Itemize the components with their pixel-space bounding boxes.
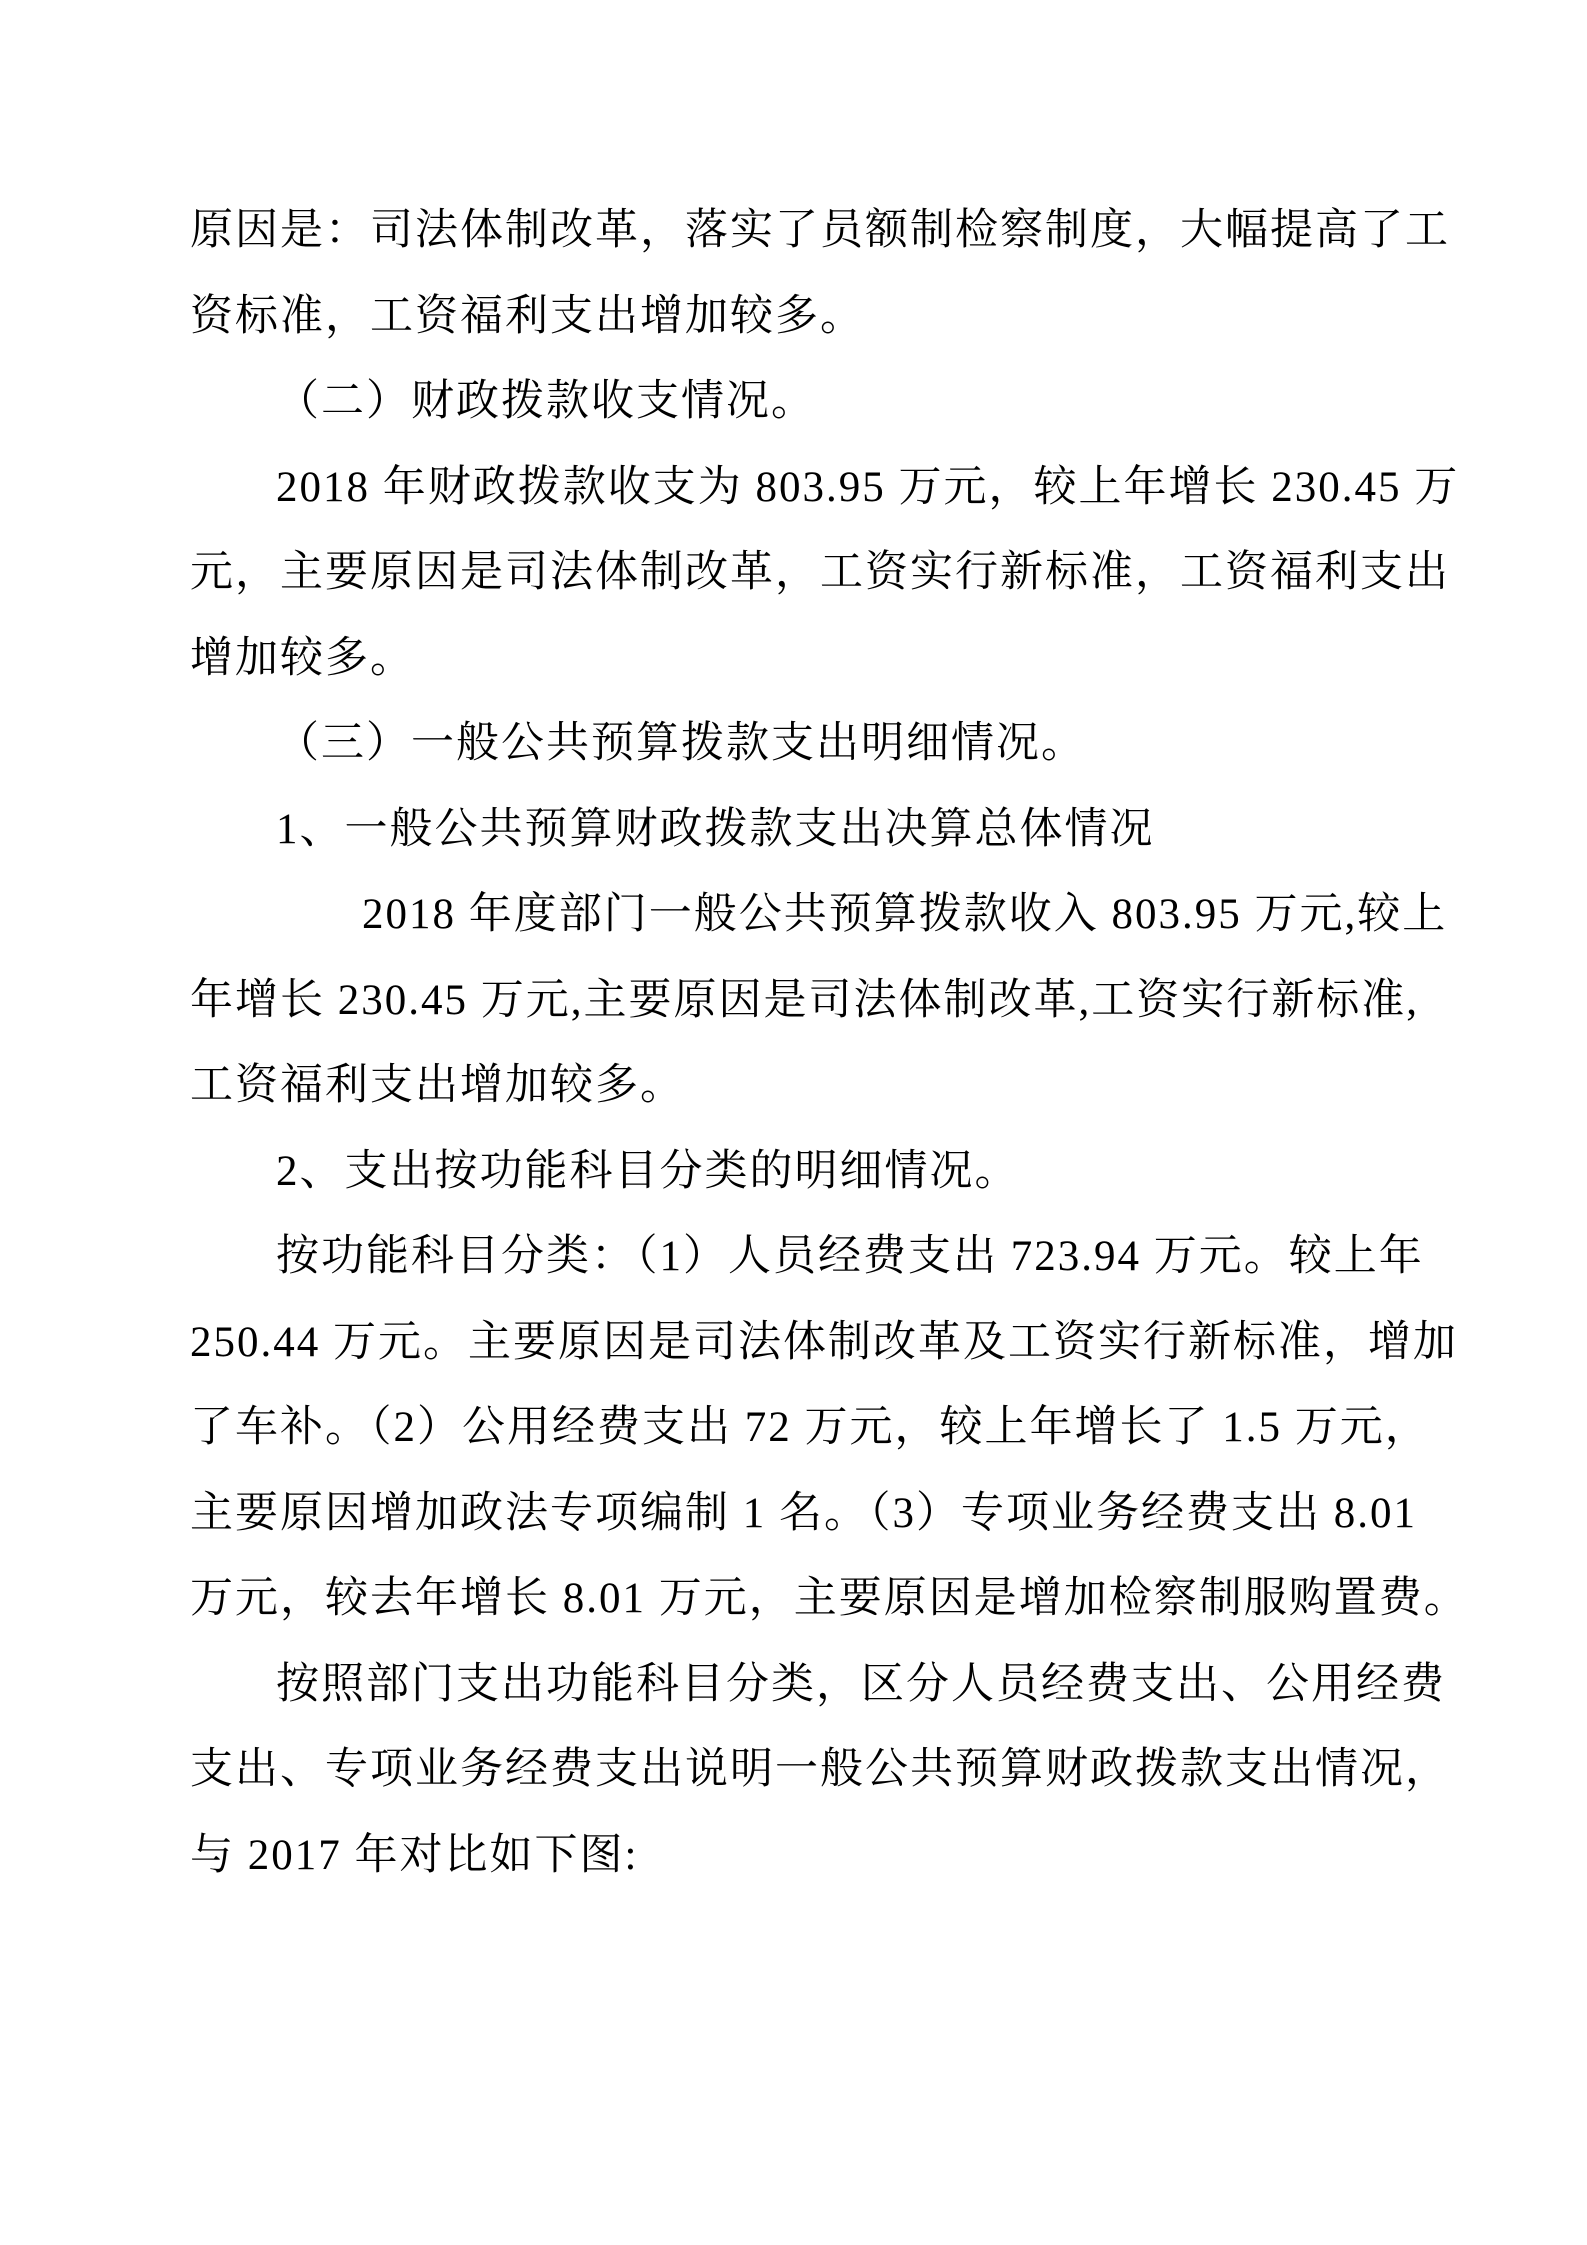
text-line: 增加较多。 xyxy=(190,616,1460,702)
subsection-heading: 2、支出按功能科目分类的明细情况。 xyxy=(190,1129,1460,1215)
text-line: 万元，较去年增长 8.01 万元，主要原因是增加检察制服购置费。 xyxy=(190,1556,1460,1642)
subsection-heading: 1、一般公共预算财政拨款支出决算总体情况 xyxy=(190,787,1460,873)
text-line: 与 2017 年对比如下图: xyxy=(190,1813,1460,1899)
text-line: 250.44 万元。主要原因是司法体制改革及工资实行新标准，增加 xyxy=(190,1300,1460,1386)
text-line: 支出、专项业务经费支出说明一般公共预算财政拨款支出情况， xyxy=(190,1727,1460,1813)
text-line: 2018 年度部门一般公共预算拨款收入 803.95 万元,较上 xyxy=(190,872,1460,958)
text-line: 元，主要原因是司法体制改革，工资实行新标准，工资福利支出 xyxy=(190,530,1460,616)
text-line: 2018 年财政拨款收支为 803.95 万元，较上年增长 230.45 万 xyxy=(190,445,1460,531)
text-line: 主要原因增加政法专项编制 1 名。（3）专项业务经费支出 8.01 xyxy=(190,1471,1460,1557)
section-heading: （三）一般公共预算拨款支出明细情况。 xyxy=(190,701,1460,787)
text-line: 按功能科目分类：（1）人员经费支出 723.94 万元。较上年 xyxy=(190,1214,1460,1300)
document-page: 原因是：司法体制改革，落实了员额制检察制度，大幅提高了工 资标准，工资福利支出增… xyxy=(0,0,1587,2245)
text-line: 按照部门支出功能科目分类，区分人员经费支出、公用经费 xyxy=(190,1642,1460,1728)
text-line: 原因是：司法体制改革，落实了员额制检察制度，大幅提高了工 xyxy=(190,188,1460,274)
section-heading: （二）财政拨款收支情况。 xyxy=(190,359,1460,445)
text-line: 工资福利支出增加较多。 xyxy=(190,1043,1460,1129)
document-text-block: 原因是：司法体制改革，落实了员额制检察制度，大幅提高了工 资标准，工资福利支出增… xyxy=(190,188,1460,1898)
text-line: 了车补。（2）公用经费支出 72 万元，较上年增长了 1.5 万元， xyxy=(190,1385,1460,1471)
text-line: 资标准，工资福利支出增加较多。 xyxy=(190,274,1460,360)
text-line: 年增长 230.45 万元,主要原因是司法体制改革,工资实行新标准, xyxy=(190,958,1460,1044)
